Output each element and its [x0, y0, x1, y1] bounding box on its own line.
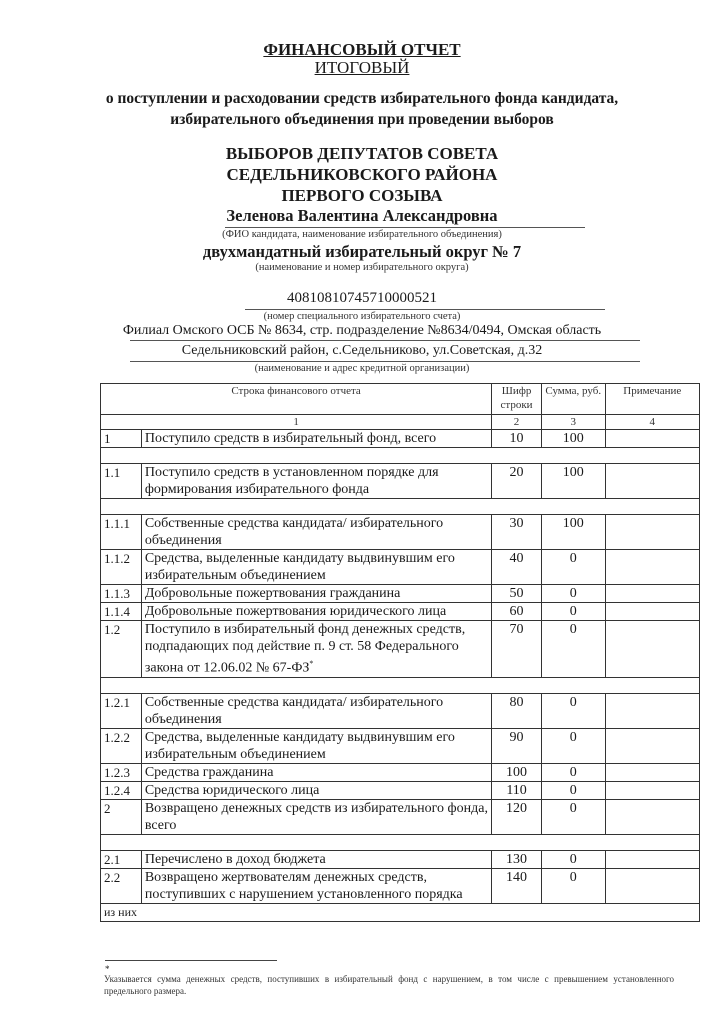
spacer-row	[101, 834, 700, 850]
col-number: 2	[492, 415, 542, 430]
row-number: 1	[101, 430, 142, 448]
report-title: ФИНАНСОВЫЙ ОТЧЕТ	[0, 40, 724, 60]
row-number: 1.1.3	[101, 585, 142, 603]
row-code: 30	[492, 515, 542, 550]
col-header-code: Шифр строки	[492, 384, 542, 415]
report-description-2: избирательного объединения при проведени…	[0, 111, 724, 129]
table-row: 1.1.4Добровольные пожертвования юридичес…	[101, 603, 700, 621]
district-hint: (наименование и номер избирательного окр…	[0, 262, 724, 273]
row-note	[605, 430, 699, 448]
bank-hint: (наименование и адрес кредитной организа…	[0, 363, 724, 374]
row-sum: 0	[541, 763, 605, 781]
row-text: Добровольные пожертвования юридического …	[141, 603, 491, 621]
footnote-text: Указывается сумма денежных средств, пост…	[104, 973, 674, 997]
row-code: 90	[492, 728, 542, 763]
table-row: 1.2.2Средства, выделенные кандидату выдв…	[101, 728, 700, 763]
account-hint: (номер специального избирательного счета…	[0, 311, 724, 322]
row-sum: 0	[541, 603, 605, 621]
row-number: 2.1	[101, 850, 142, 868]
table-row: 1Поступило средств в избирательный фонд,…	[101, 430, 700, 448]
row-sum: 0	[541, 585, 605, 603]
divider	[225, 227, 585, 228]
row-code: 70	[492, 621, 542, 678]
footer-row: из них	[101, 903, 700, 921]
bank-name-2: Седельниковский район, с.Седельниково, у…	[0, 343, 724, 359]
row-code: 100	[492, 763, 542, 781]
spacer-row	[101, 448, 700, 464]
row-sum: 100	[541, 515, 605, 550]
table-row: 1.2.4Средства юридического лица1100	[101, 781, 700, 799]
spacer-row	[101, 499, 700, 515]
divider	[245, 309, 605, 310]
row-note	[605, 585, 699, 603]
row-sum: 100	[541, 464, 605, 499]
row-text: Средства, выделенные кандидату выдвинувш…	[141, 728, 491, 763]
row-sum: 0	[541, 850, 605, 868]
election-name-1: ВЫБОРОВ ДЕПУТАТОВ СОВЕТА	[0, 143, 724, 164]
table-row: 1.1.3Добровольные пожертвования граждани…	[101, 585, 700, 603]
row-code: 120	[492, 799, 542, 834]
row-note	[605, 550, 699, 585]
row-text: Собственные средства кандидата/ избирате…	[141, 515, 491, 550]
footnote-ref: *	[309, 659, 313, 668]
row-note	[605, 515, 699, 550]
table-row: 1.1.1Собственные средства кандидата/ изб…	[101, 515, 700, 550]
row-code: 140	[492, 868, 542, 903]
spacer-cell	[101, 834, 700, 850]
row-number: 1.1.4	[101, 603, 142, 621]
spacer-cell	[101, 448, 700, 464]
row-note	[605, 799, 699, 834]
col-number: 1	[101, 415, 492, 430]
table-row: 2.1Перечислено в доход бюджета1300	[101, 850, 700, 868]
row-sum: 0	[541, 693, 605, 728]
row-sum: 0	[541, 621, 605, 678]
table-row: 1.2.3Средства гражданина1000	[101, 763, 700, 781]
row-code: 130	[492, 850, 542, 868]
spacer-row	[101, 677, 700, 693]
row-number: 1.2.4	[101, 781, 142, 799]
row-code: 60	[492, 603, 542, 621]
row-text: Поступило средств в установленном порядк…	[141, 464, 491, 499]
table-row: 2.2Возвращено жертвователям денежных сре…	[101, 868, 700, 903]
col-header-sum: Сумма, руб.	[541, 384, 605, 415]
financial-report-table: Строка финансового отчета Шифр строки Су…	[100, 383, 700, 922]
table-header: Строка финансового отчета Шифр строки Су…	[101, 384, 700, 415]
col-header-note: Примечание	[605, 384, 699, 415]
row-text: Добровольные пожертвования гражданина	[141, 585, 491, 603]
spacer-cell	[101, 677, 700, 693]
col-number: 4	[605, 415, 699, 430]
row-sum: 100	[541, 430, 605, 448]
district-name: двухмандатный избирательный округ № 7	[0, 242, 724, 262]
row-code: 10	[492, 430, 542, 448]
row-sum: 0	[541, 550, 605, 585]
row-note	[605, 464, 699, 499]
row-note	[605, 868, 699, 903]
row-note	[605, 763, 699, 781]
row-text: Возвращено жертвователям денежных средст…	[141, 868, 491, 903]
column-numbers: 1 2 3 4	[101, 415, 700, 430]
row-number: 1.2.2	[101, 728, 142, 763]
row-text: Средства гражданина	[141, 763, 491, 781]
row-note	[605, 728, 699, 763]
row-text: Перечислено в доход бюджета	[141, 850, 491, 868]
row-code: 80	[492, 693, 542, 728]
account-number: 40810810745710000521	[0, 290, 724, 307]
footer-label: из них	[101, 903, 700, 921]
row-note	[605, 781, 699, 799]
row-sum: 0	[541, 868, 605, 903]
row-code: 40	[492, 550, 542, 585]
row-number: 1.2	[101, 621, 142, 678]
candidate-hint: (ФИО кандидата, наименование избирательн…	[0, 229, 724, 240]
divider	[130, 361, 640, 362]
row-text: Возвращено денежных средств из избирател…	[141, 799, 491, 834]
row-text: Поступило в избирательный фонд денежных …	[141, 621, 491, 678]
table-row: 1.2.1Собственные средства кандидата/ изб…	[101, 693, 700, 728]
table-row: 1.1Поступило средств в установленном пор…	[101, 464, 700, 499]
table-row: 1.1.2Средства, выделенные кандидату выдв…	[101, 550, 700, 585]
row-code: 20	[492, 464, 542, 499]
footnote-divider	[105, 960, 277, 961]
row-code: 110	[492, 781, 542, 799]
row-number: 1.1.2	[101, 550, 142, 585]
row-text: Поступило средств в избирательный фонд, …	[141, 430, 491, 448]
election-name-2: СЕДЕЛЬНИКОВСКОГО РАЙОНА	[0, 164, 724, 185]
col-header-line: Строка финансового отчета	[101, 384, 492, 415]
report-subtitle: ИТОГОВЫЙ	[0, 58, 724, 78]
row-note	[605, 850, 699, 868]
row-text: Средства, выделенные кандидату выдвинувш…	[141, 550, 491, 585]
row-sum: 0	[541, 799, 605, 834]
row-note	[605, 693, 699, 728]
row-number: 1.2.3	[101, 763, 142, 781]
candidate-name: Зеленова Валентина Александровна	[0, 206, 724, 226]
report-description-1: о поступлении и расходовании средств изб…	[0, 90, 724, 108]
divider	[130, 340, 640, 341]
row-number: 1.1.1	[101, 515, 142, 550]
row-number: 1.2.1	[101, 693, 142, 728]
row-number: 2.2	[101, 868, 142, 903]
row-number: 2	[101, 799, 142, 834]
bank-name-1: Филиал Омского ОСБ № 8634, стр. подразде…	[0, 323, 724, 339]
spacer-cell	[101, 499, 700, 515]
row-note	[605, 621, 699, 678]
row-sum: 0	[541, 728, 605, 763]
col-number: 3	[541, 415, 605, 430]
table-row: 2Возвращено денежных средств из избирате…	[101, 799, 700, 834]
row-sum: 0	[541, 781, 605, 799]
row-text: Средства юридического лица	[141, 781, 491, 799]
row-text: Собственные средства кандидата/ избирате…	[141, 693, 491, 728]
row-code: 50	[492, 585, 542, 603]
row-number: 1.1	[101, 464, 142, 499]
election-name-3: ПЕРВОГО СОЗЫВА	[0, 185, 724, 206]
table-row: 1.2Поступило в избирательный фонд денежн…	[101, 621, 700, 678]
row-note	[605, 603, 699, 621]
